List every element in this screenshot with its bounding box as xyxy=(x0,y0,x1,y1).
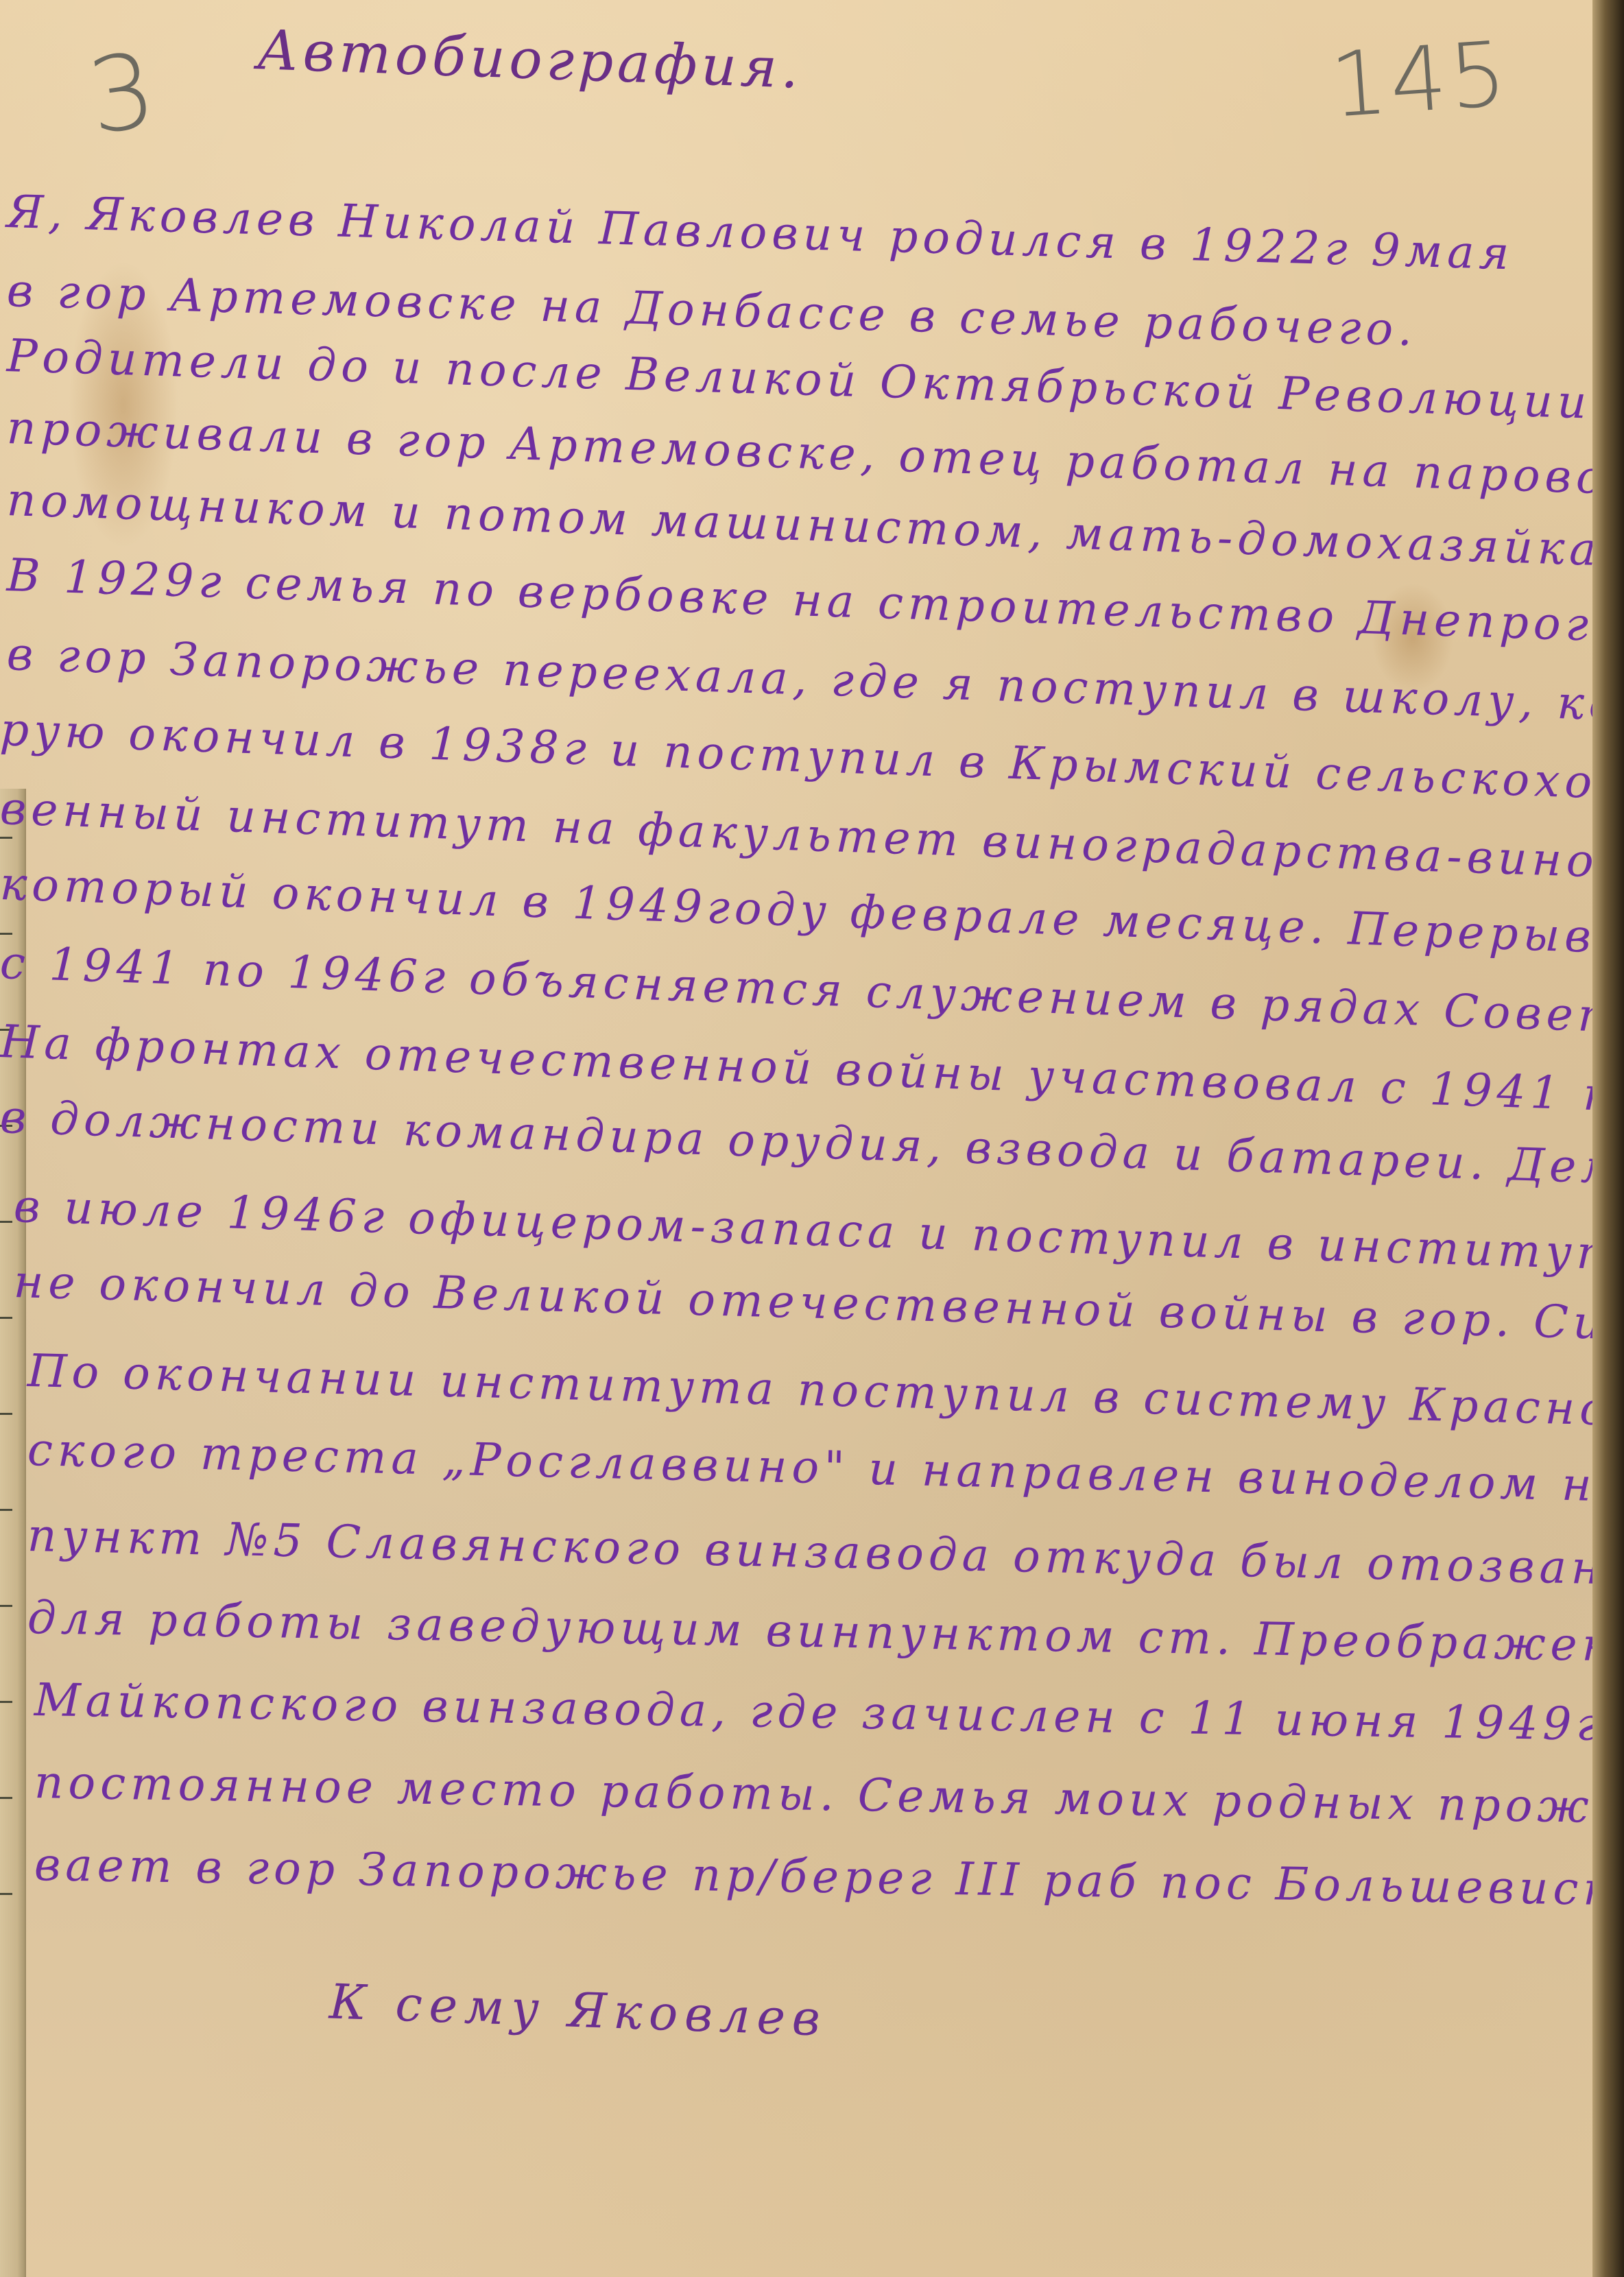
binding-tick xyxy=(0,1605,12,1607)
item-number: 3 xyxy=(81,30,165,158)
text-line: пункт №5 Славянского винзавода откуда бы… xyxy=(27,1509,1606,1595)
binding-strip xyxy=(0,789,26,2277)
text-line: для работы заведующим винпунктом ст. Пре… xyxy=(27,1591,1624,1674)
binding-tick xyxy=(0,1509,12,1511)
page-edge xyxy=(1592,0,1624,2277)
signature: К сему Яковлев xyxy=(329,1973,828,2047)
text-line: Майкопского винзавода, где зачислен с 11… xyxy=(34,1673,1624,1752)
folio-number: 145 xyxy=(1327,21,1512,138)
binding-tick xyxy=(0,1317,12,1319)
document-page: 3 145 Автобиография. Я, Яковлев Николай … xyxy=(0,0,1598,2277)
binding-tick xyxy=(0,1797,12,1799)
document-title: Автобиография. xyxy=(256,18,804,101)
binding-tick xyxy=(0,933,12,935)
text-line: ского треста „Росглаввино" и направлен в… xyxy=(27,1423,1624,1516)
text-line: По окончании института поступил в систем… xyxy=(27,1344,1624,1439)
binding-tick xyxy=(0,1413,12,1415)
binding-tick xyxy=(0,1221,12,1223)
binding-tick xyxy=(0,1701,12,1703)
text-line: вает в гор Запорожье пр/берег III раб по… xyxy=(34,1838,1624,1919)
binding-tick xyxy=(0,837,12,839)
text-line: Я, Яковлев Николай Павлович родился в 19… xyxy=(6,185,1514,280)
text-line: постоянное место работы. Семья моих родн… xyxy=(34,1756,1624,1834)
binding-tick xyxy=(0,1893,12,1895)
